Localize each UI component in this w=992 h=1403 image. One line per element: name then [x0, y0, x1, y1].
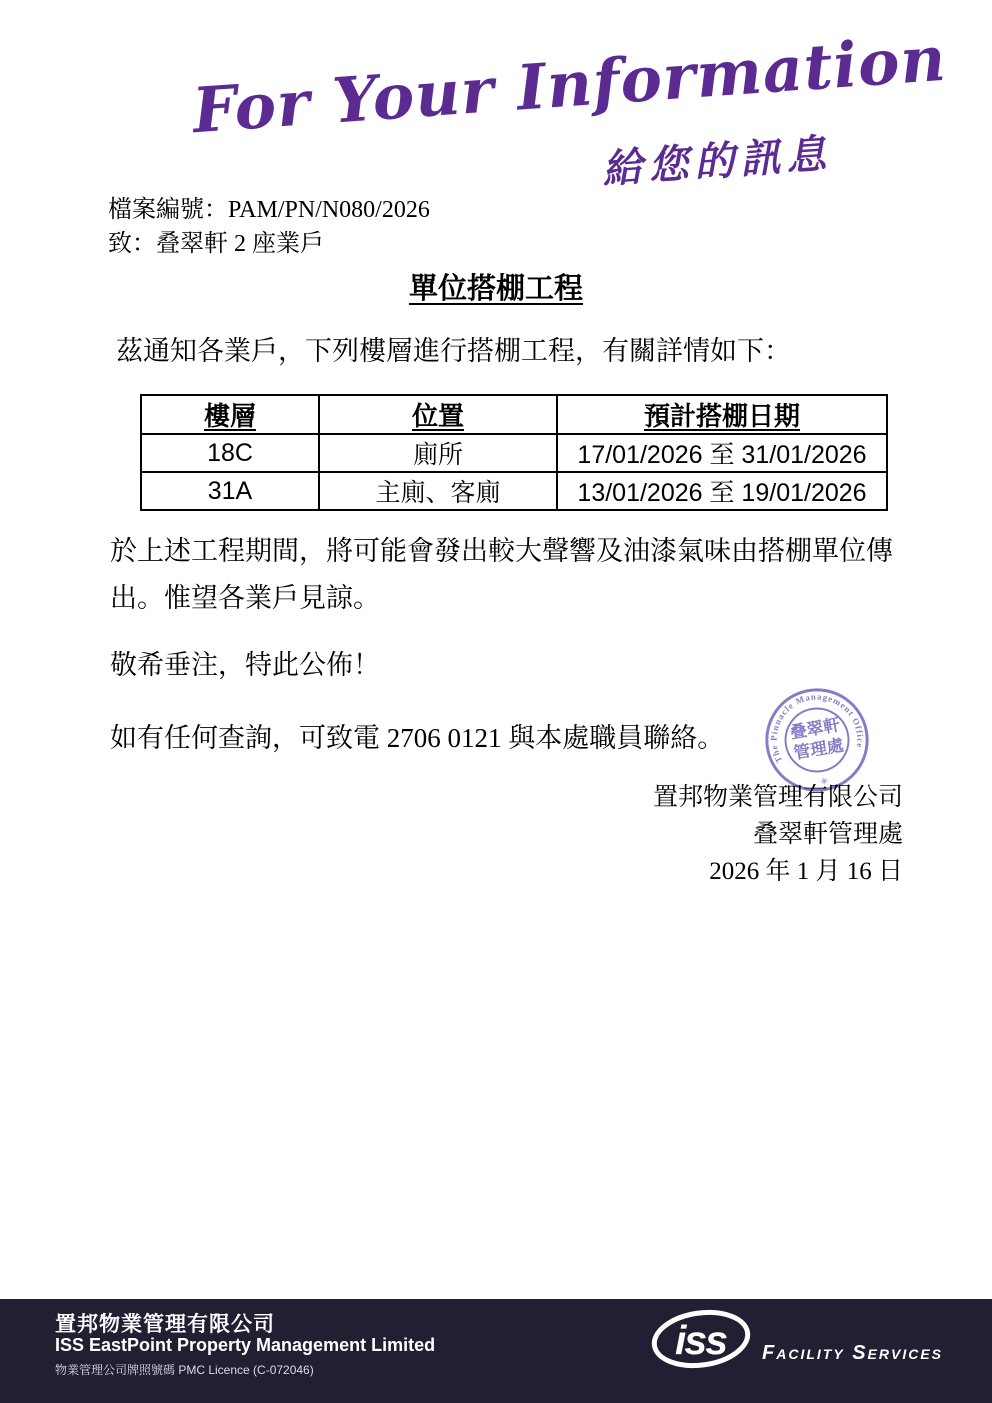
column-header-floor-label: 樓層 — [204, 402, 256, 431]
footer-tagline: Facility Services — [762, 1342, 943, 1365]
signature-date: 2026 年 1 月 16 日 — [653, 853, 903, 890]
notice-document-page: For Your Information 給您的訊息 檔案編號：PAM/PN/N… — [0, 0, 992, 1403]
addressee-line: 致：叠翠軒 2 座業戶 — [108, 223, 324, 258]
intro-paragraph: 茲通知各業戶，下列樓層進行搭棚工程，有關詳情如下： — [116, 329, 791, 368]
signature-office: 叠翠軒管理處 — [653, 816, 903, 853]
fyi-chinese-calligraphy: 給您的訊息 — [600, 122, 833, 195]
footer-licence: 物業管理公司牌照號碼 PMC Licence (C-072046) — [55, 1361, 314, 1378]
enquiry-paragraph: 如有任何查詢，可致電 2706 0121 與本處職員聯絡。 — [110, 716, 724, 755]
cell-floor: 31A — [141, 472, 319, 510]
footer-company-chinese: 置邦物業管理有限公司 — [55, 1308, 275, 1338]
table-row: 31A 主廁、客廁 13/01/2026 至 19/01/2026 — [141, 472, 887, 510]
iss-logo-icon: iss — [650, 1305, 756, 1369]
disturbance-note-paragraph: 於上述工程期間，將可能會發出較大聲響及油漆氣味由搭棚單位傳出。惟望各業戶見諒。 — [110, 528, 912, 622]
footer-company-english: ISS EastPoint Property Management Limite… — [55, 1335, 435, 1356]
scaffolding-schedule-table: 樓層 位置 預計搭棚日期 18C 廁所 17/01/2026 至 31/01/2… — [140, 394, 888, 511]
cell-dates: 17/01/2026 至 31/01/2026 — [557, 434, 887, 472]
table-row: 18C 廁所 17/01/2026 至 31/01/2026 — [141, 434, 887, 472]
cell-dates: 13/01/2026 至 19/01/2026 — [557, 472, 887, 510]
file-reference-line: 檔案編號：PAM/PN/N080/2026 — [108, 189, 430, 224]
iss-logo-text: iss — [675, 1317, 727, 1363]
closing-paragraph: 敬希垂注，特此公佈！ — [110, 643, 380, 682]
cell-location: 主廁、客廁 — [319, 472, 557, 510]
table-header-row: 樓層 位置 預計搭棚日期 — [141, 395, 887, 434]
cell-location: 廁所 — [319, 434, 557, 472]
column-header-floor: 樓層 — [141, 395, 319, 434]
column-header-dates: 預計搭棚日期 — [557, 395, 887, 434]
signature-company: 置邦物業管理有限公司 — [653, 779, 903, 816]
cell-floor: 18C — [141, 434, 319, 472]
signature-block: 置邦物業管理有限公司 叠翠軒管理處 2026 年 1 月 16 日 — [653, 779, 903, 890]
notice-title: 單位搭棚工程 — [0, 266, 992, 307]
for-your-information-script: For Your Information — [190, 22, 948, 147]
column-header-location: 位置 — [319, 395, 557, 434]
footer-bar: 置邦物業管理有限公司 ISS EastPoint Property Manage… — [0, 1299, 992, 1403]
column-header-dates-label: 預計搭棚日期 — [644, 402, 800, 431]
column-header-location-label: 位置 — [412, 402, 464, 431]
